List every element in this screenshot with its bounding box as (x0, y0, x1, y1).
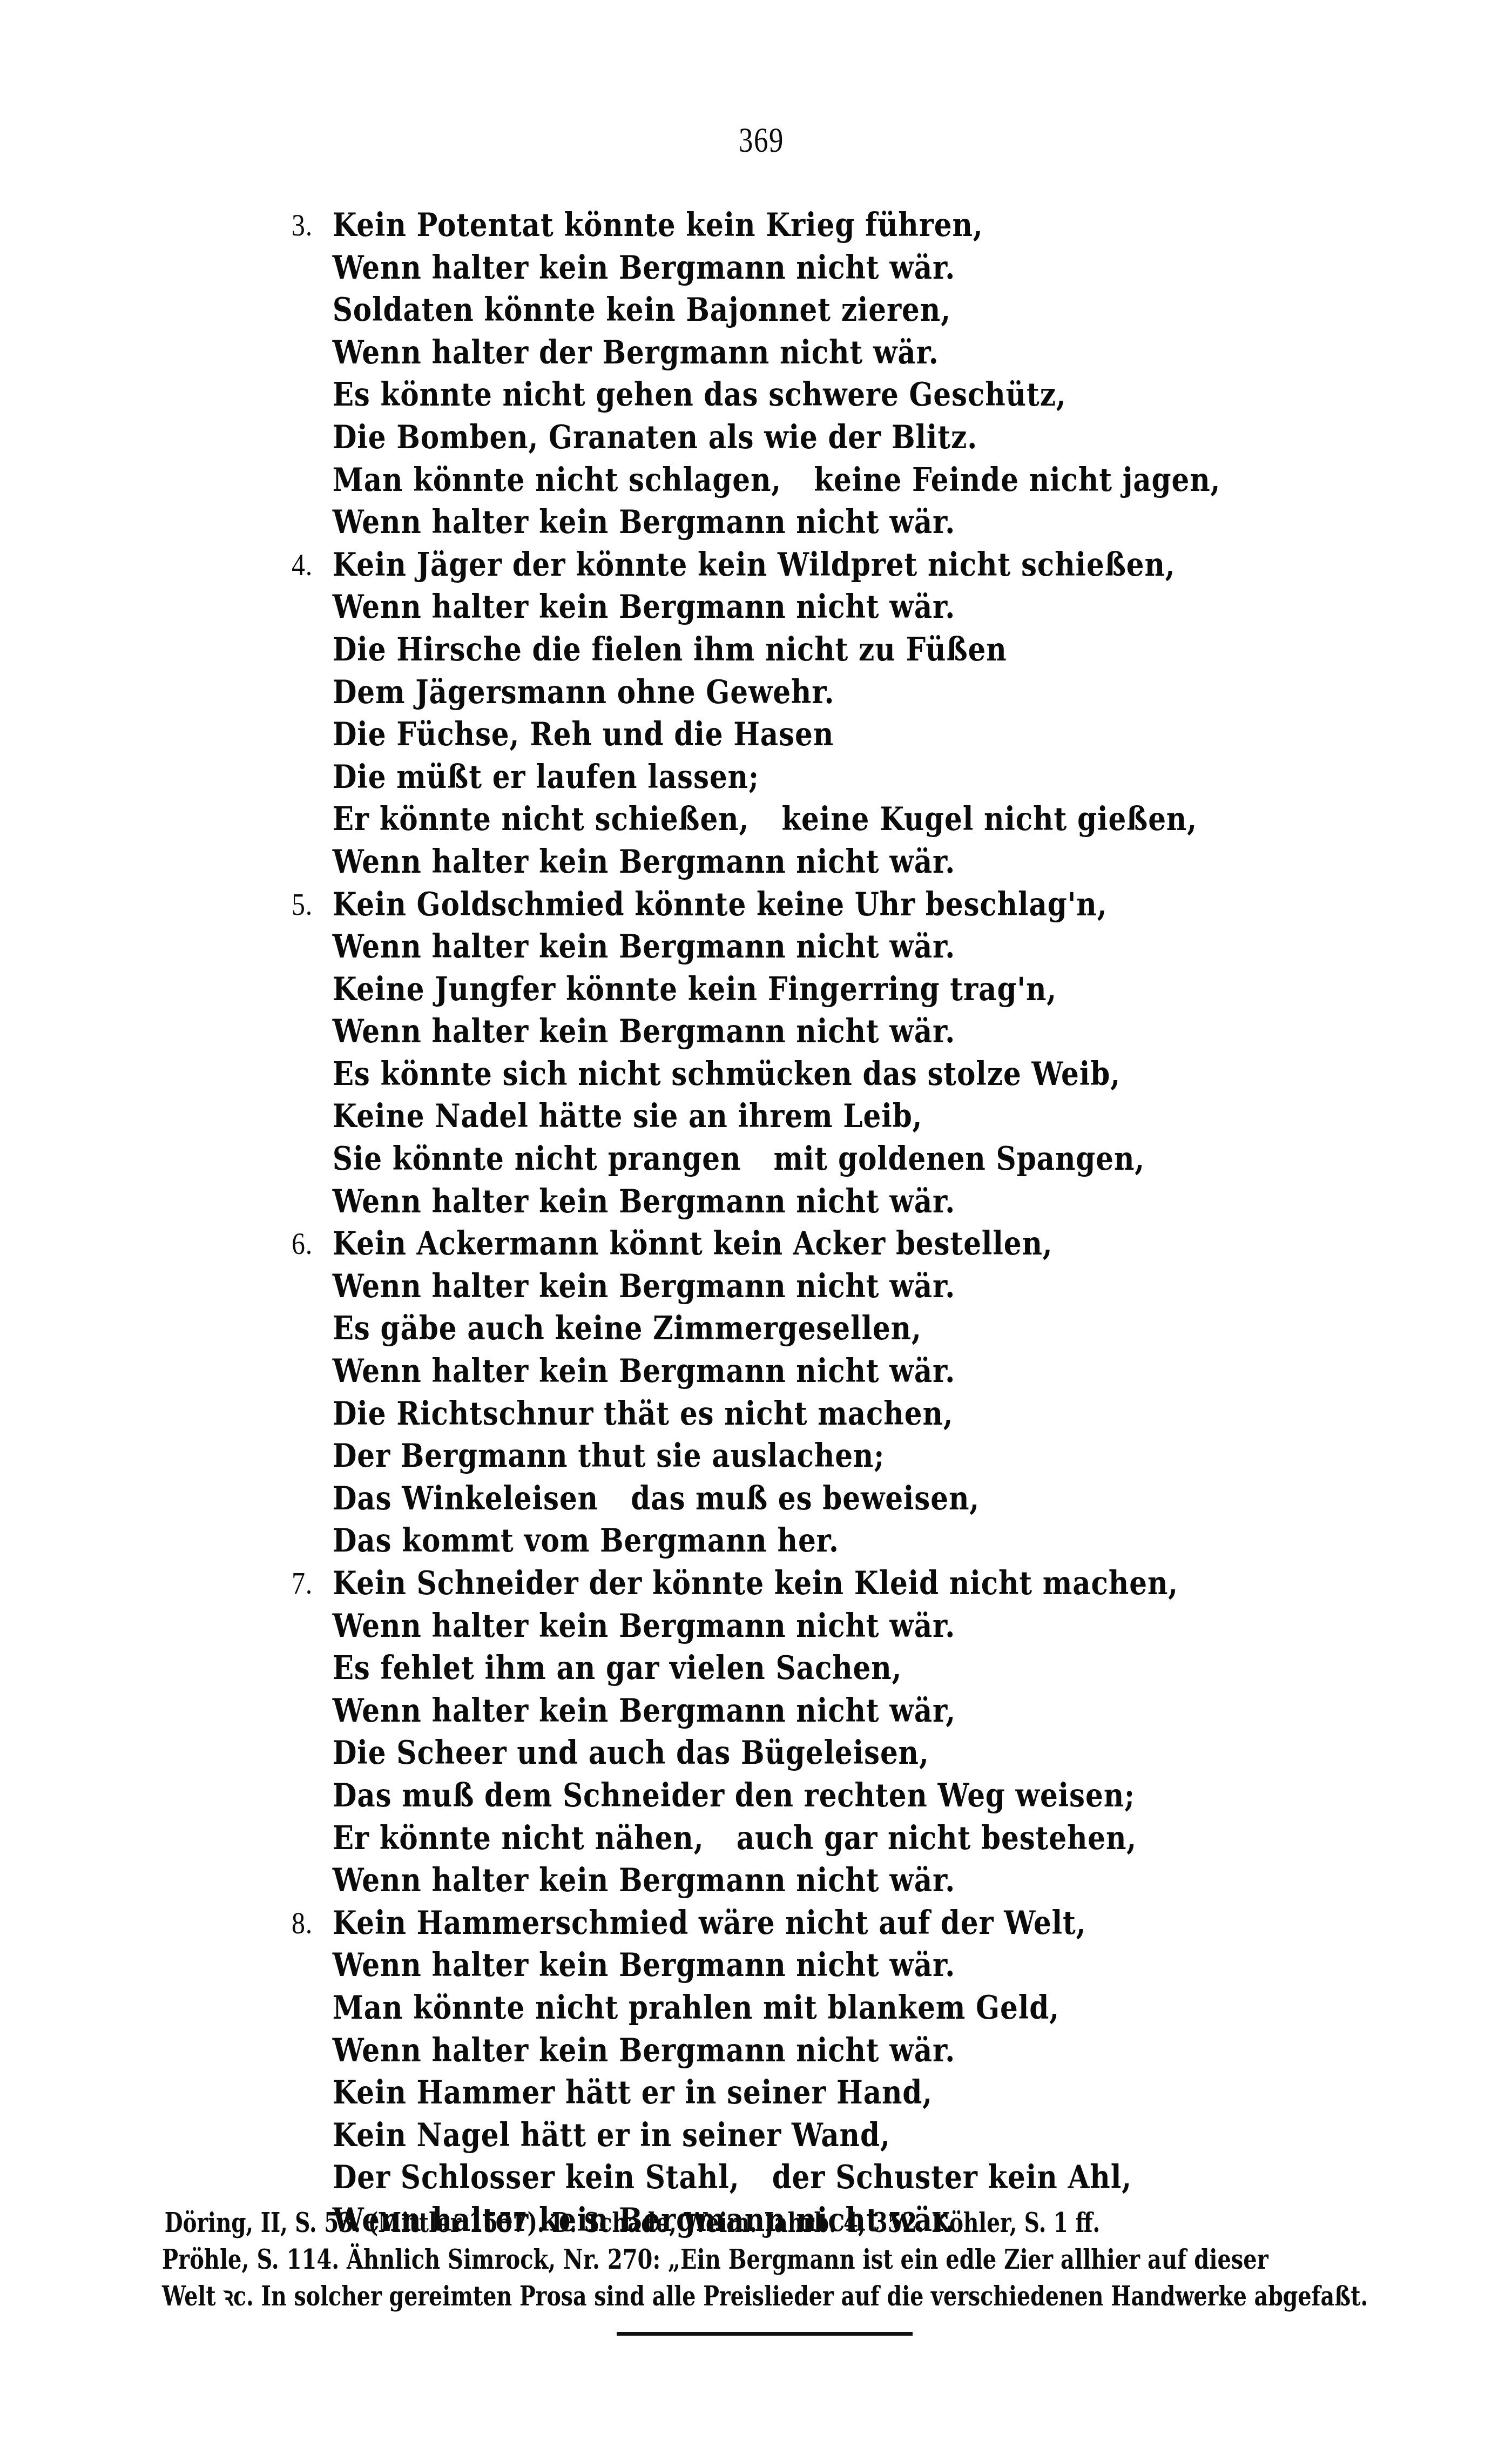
verse-text: Er könnte nicht nähen,auch gar nicht bes… (333, 1817, 1137, 1860)
verse-text: Er könnte nicht schießen,keine Kugel nic… (333, 798, 1197, 841)
verse-line: Wenn halter kein Bergmann nicht wär. (292, 247, 1220, 289)
verse-segment: Wenn halter kein Bergmann nicht wär. (333, 928, 955, 966)
verse-segment: Wenn halter kein Bergmann nicht wär. (333, 588, 955, 626)
verse-segment: Wenn halter kein Bergmann nicht wär. (333, 2032, 955, 2069)
verse-text: Keine Nadel hätte sie an ihrem Leib, (333, 1095, 923, 1138)
verse-text: Wenn halter kein Bergmann nicht wär. (333, 1350, 955, 1393)
verse-segment: Die Bomben, Granaten als wie der Blitz. (333, 419, 977, 456)
verse-segment: Der Schlosser kein Stahl, (333, 2159, 740, 2196)
verse-segment: keine Kugel nicht gießen, (781, 800, 1197, 838)
verse-text: Der Bergmann thut sie auslachen; (333, 1435, 885, 1478)
verse-line: Man könnte nicht schlagen,keine Feinde n… (292, 459, 1220, 502)
verse-line: Die Bomben, Granaten als wie der Blitz. (292, 416, 1220, 459)
verse-segment: Wenn halter kein Bergmann nicht wär. (333, 1946, 955, 1984)
verse-line: Die Richtschnur thät es nicht machen, (292, 1393, 1220, 1435)
verse-text: Wenn halter der Bergmann nicht wär. (333, 332, 939, 374)
verse-line: Die Scheer und auch das Bügeleisen, (292, 1732, 1220, 1775)
verse-line: Wenn halter der Bergmann nicht wär. (292, 332, 1220, 374)
verse-text: Es könnte sich nicht schmücken das stolz… (333, 1053, 1120, 1096)
verse-line: Er könnte nicht schießen,keine Kugel nic… (292, 798, 1220, 841)
verse-segment: mit goldenen Spangen, (774, 1140, 1145, 1178)
verse-segment: Das Winkeleisen (333, 1480, 598, 1518)
verse-line: Dem Jägersmann ohne Gewehr. (292, 671, 1220, 714)
verse-segment: Soldaten könnte kein Bajonnet zieren, (333, 291, 951, 329)
verse-segment: Wenn halter kein Bergmann nicht wär. (333, 1267, 955, 1305)
verse-line: 8.Kein Hammerschmied wäre nicht auf der … (292, 1902, 1220, 1945)
verse-text: Die müßt er laufen lassen; (333, 756, 759, 799)
verse-text: Kein Hammerschmied wäre nicht auf der We… (333, 1902, 1086, 1945)
verse-text: Die Scheer und auch das Bügeleisen, (333, 1732, 929, 1775)
verse-line: Das muß dem Schneider den rechten Weg we… (292, 1775, 1220, 1817)
verse-text: Dem Jägersmann ohne Gewehr. (333, 671, 835, 714)
verse-segment: keine Feinde nicht jagen, (814, 461, 1220, 499)
poem: 3.Kein Potentat könnte kein Krieg führen… (292, 204, 1372, 2242)
stanza-number: 8. (292, 1902, 329, 1945)
verse-line: Die müßt er laufen lassen; (292, 756, 1220, 799)
verse-text: Kein Ackermann könnt kein Acker bestelle… (333, 1223, 1053, 1265)
verse-line: 3.Kein Potentat könnte kein Krieg führen… (292, 204, 1220, 247)
verse-text: Kein Potentat könnte kein Krieg führen, (333, 204, 983, 247)
verse-text: Wenn halter kein Bergmann nicht wär. (333, 926, 955, 968)
verse-line: Der Bergmann thut sie auslachen; (292, 1435, 1220, 1478)
stanza-number: 3. (292, 204, 329, 247)
verse-segment: Wenn halter kein Bergmann nicht wär. (333, 249, 955, 287)
verse-line: 4.Kein Jäger der könnte kein Wildpret ni… (292, 544, 1220, 586)
stanza-number: 5. (292, 884, 329, 926)
verse-segment: Das muß dem Schneider den rechten Weg we… (333, 1777, 1135, 1815)
verse-segment: Er könnte nicht schießen, (333, 800, 750, 838)
verse-text: Keine Jungfer könnte kein Fingerring tra… (333, 968, 1057, 1011)
verse-line: 6.Kein Ackermann könnt kein Acker bestel… (292, 1223, 1220, 1265)
verse-line: Wenn halter kein Bergmann nicht wär. (292, 926, 1220, 968)
verse-line: Es könnte nicht gehen das schwere Geschü… (292, 374, 1220, 416)
verse-line: Wenn halter kein Bergmann nicht wär. (292, 1350, 1220, 1393)
verse-text: Wenn halter kein Bergmann nicht wär. (333, 1605, 955, 1648)
verse-text: Sie könnte nicht prangenmit goldenen Spa… (333, 1138, 1145, 1181)
verse-line: 5.Kein Goldschmied könnte keine Uhr besc… (292, 884, 1220, 926)
verse-line: Man könnte nicht prahlen mit blankem Gel… (292, 1987, 1220, 2029)
verse-segment: Sie könnte nicht prangen (333, 1140, 741, 1178)
verse-segment: Wenn halter der Bergmann nicht wär. (333, 334, 939, 372)
verse-segment: Wenn halter kein Bergmann nicht wär, (333, 1692, 956, 1730)
verse-text: Der Schlosser kein Stahl,der Schuster ke… (333, 2156, 1132, 2199)
verse-segment: Wenn halter kein Bergmann nicht wär. (333, 1013, 955, 1050)
verse-line: Keine Nadel hätte sie an ihrem Leib, (292, 1095, 1220, 1138)
verse-line: Die Füchse, Reh und die Hasen (292, 713, 1220, 756)
verse-line: Kein Nagel hätt er in seiner Wand, (292, 2114, 1220, 2157)
verse-line: Soldaten könnte kein Bajonnet zieren, (292, 289, 1220, 332)
verse-line: Wenn halter kein Bergmann nicht wär. (292, 1944, 1220, 1987)
verse-line: Es gäbe auch keine Zimmergesellen, (292, 1307, 1220, 1350)
verse-line: Wenn halter kein Bergmann nicht wär. (292, 586, 1220, 629)
verse-segment: Wenn halter kein Bergmann nicht wär. (333, 1183, 955, 1220)
verse-text: Wenn halter kein Bergmann nicht wär. (333, 1010, 955, 1053)
verse-line: Keine Jungfer könnte kein Fingerring tra… (292, 968, 1220, 1011)
verse-text: Die Hirsche die fielen ihm nicht zu Füße… (333, 629, 1007, 671)
verse-text: Wenn halter kein Bergmann nicht wär. (333, 586, 955, 629)
verse-segment: Keine Nadel hätte sie an ihrem Leib, (333, 1097, 923, 1135)
verse-line: Er könnte nicht nähen,auch gar nicht bes… (292, 1817, 1220, 1860)
verse-text: Es könnte nicht gehen das schwere Geschü… (333, 374, 1066, 416)
verse-segment: Man könnte nicht prahlen mit blankem Gel… (333, 1989, 1059, 2027)
verse-text: Kein Schneider der könnte kein Kleid nic… (333, 1562, 1178, 1605)
verse-segment: das muß es beweisen, (631, 1480, 980, 1518)
verse-segment: auch gar nicht bestehen, (737, 1819, 1137, 1857)
verse-segment: Kein Jäger der könnte kein Wildpret nich… (333, 546, 1176, 584)
verse-text: Wenn halter kein Bergmann nicht wär. (333, 1859, 955, 1902)
verse-text: Man könnte nicht prahlen mit blankem Gel… (333, 1987, 1059, 2029)
verse-line: Kein Hammer hätt er in seiner Hand, (292, 2072, 1220, 2114)
verse-line: Die Hirsche die fielen ihm nicht zu Füße… (292, 629, 1220, 671)
footnote: Döring, II, S. 53. (Mittler 1557). D. Sc… (162, 2204, 1458, 2315)
verse-segment: Wenn halter kein Bergmann nicht wär. (333, 503, 955, 541)
verse-text: Kein Nagel hätt er in seiner Wand, (333, 2114, 890, 2157)
verse-text: Kein Goldschmied könnte keine Uhr beschl… (333, 884, 1108, 926)
verse-text: Kein Jäger der könnte kein Wildpret nich… (333, 544, 1176, 586)
verse-text: Wenn halter kein Bergmann nicht wär. (333, 2029, 955, 2072)
verse-segment: Die Füchse, Reh und die Hasen (333, 716, 834, 753)
page-number: 369 (157, 120, 1366, 161)
verse-line: Wenn halter kein Bergmann nicht wär. (292, 1859, 1220, 1902)
verse-segment: Die Richtschnur thät es nicht machen, (333, 1395, 954, 1433)
verse-segment: Kein Hammer hätt er in seiner Hand, (333, 2074, 933, 2112)
verse-segment: Kein Nagel hätt er in seiner Wand, (333, 2116, 890, 2154)
stanza-number: 7. (292, 1562, 329, 1605)
verse-segment: Wenn halter kein Bergmann nicht wär. (333, 1607, 955, 1645)
verse-line: Das kommt vom Bergmann her. (292, 1520, 1220, 1562)
stanza-number: 6. (292, 1223, 329, 1265)
verse-segment: Er könnte nicht nähen, (333, 1819, 704, 1857)
verse-text: Die Richtschnur thät es nicht machen, (333, 1393, 954, 1435)
verse-text: Wenn halter kein Bergmann nicht wär. (333, 1181, 955, 1223)
verse-line: Wenn halter kein Bergmann nicht wär. (292, 841, 1220, 884)
verse-text: Man könnte nicht schlagen,keine Feinde n… (333, 459, 1221, 502)
footnote-line: Döring, II, S. 53. (Mittler 1557). D. Sc… (162, 2204, 1173, 2241)
verse-line: Wenn halter kein Bergmann nicht wär. (292, 2029, 1220, 2072)
verse-segment: Wenn halter kein Bergmann nicht wär. (333, 1352, 955, 1390)
verse-text: Wenn halter kein Bergmann nicht wär. (333, 841, 955, 884)
verse-segment: Dem Jägersmann ohne Gewehr. (333, 673, 835, 711)
verse-segment: Das kommt vom Bergmann her. (333, 1522, 839, 1560)
verse-line: 7.Kein Schneider der könnte kein Kleid n… (292, 1562, 1220, 1605)
verse-text: Die Füchse, Reh und die Hasen (333, 713, 834, 756)
verse-segment: Kein Ackermann könnt kein Acker bestelle… (333, 1225, 1053, 1263)
verse-segment: Es könnte sich nicht schmücken das stolz… (333, 1055, 1120, 1093)
verse-segment: Die Scheer und auch das Bügeleisen, (333, 1734, 929, 1772)
verse-line: Wenn halter kein Bergmann nicht wär. (292, 1181, 1220, 1223)
closing-rule-divider (617, 2332, 913, 2336)
verse-line: Es fehlet ihm an gar vielen Sachen, (292, 1647, 1220, 1690)
verse-text: Das muß dem Schneider den rechten Weg we… (333, 1775, 1135, 1817)
verse-segment: Es könnte nicht gehen das schwere Geschü… (333, 376, 1066, 414)
verse-text: Die Bomben, Granaten als wie der Blitz. (333, 416, 977, 459)
verse-line: Sie könnte nicht prangenmit goldenen Spa… (292, 1138, 1220, 1181)
verse-line: Wenn halter kein Bergmann nicht wär. (292, 1605, 1220, 1648)
verse-text: Es fehlet ihm an gar vielen Sachen, (333, 1647, 902, 1690)
verse-segment: Kein Schneider der könnte kein Kleid nic… (333, 1564, 1178, 1602)
verse-line: Es könnte sich nicht schmücken das stolz… (292, 1053, 1220, 1096)
verse-line: Wenn halter kein Bergmann nicht wär. (292, 1010, 1220, 1053)
verse-segment: Die müßt er laufen lassen; (333, 758, 759, 796)
verse-segment: Der Bergmann thut sie auslachen; (333, 1437, 885, 1475)
verse-text: Wenn halter kein Bergmann nicht wär. (333, 501, 955, 544)
verse-segment: Die Hirsche die fielen ihm nicht zu Füße… (333, 631, 1007, 669)
verse-text: Soldaten könnte kein Bajonnet zieren, (333, 289, 951, 332)
verse-text: Das kommt vom Bergmann her. (333, 1520, 839, 1562)
verse-text: Wenn halter kein Bergmann nicht wär. (333, 247, 955, 289)
verse-line: Der Schlosser kein Stahl,der Schuster ke… (292, 2156, 1220, 2199)
verse-segment: Kein Potentat könnte kein Krieg führen, (333, 206, 983, 244)
verse-line: Wenn halter kein Bergmann nicht wär. (292, 501, 1220, 544)
verse-segment: Keine Jungfer könnte kein Fingerring tra… (333, 970, 1057, 1008)
footnote-line: Pröhle, S. 114. Ähnlich Simrock, Nr. 270… (162, 2241, 1199, 2278)
stanza-number: 4. (292, 544, 329, 586)
verse-text: Wenn halter kein Bergmann nicht wär, (333, 1690, 956, 1732)
verse-segment: Man könnte nicht schlagen, (333, 461, 781, 499)
verse-segment: Kein Goldschmied könnte keine Uhr beschl… (333, 886, 1108, 923)
footnote-line: Welt ꝛc. In solcher gereimten Prosa sind… (162, 2278, 1186, 2315)
verse-segment: Es fehlet ihm an gar vielen Sachen, (333, 1649, 902, 1687)
verse-text: Es gäbe auch keine Zimmergesellen, (333, 1307, 922, 1350)
verse-segment: der Schuster kein Ahl, (772, 2159, 1132, 2196)
verse-segment: Wenn halter kein Bergmann nicht wär. (333, 843, 955, 881)
verse-line: Wenn halter kein Bergmann nicht wär. (292, 1265, 1220, 1308)
verse-line: Wenn halter kein Bergmann nicht wär, (292, 1690, 1220, 1732)
verse-segment: Kein Hammerschmied wäre nicht auf der We… (333, 1904, 1086, 1942)
verse-segment: Wenn halter kein Bergmann nicht wär. (333, 1862, 955, 1899)
verse-text: Wenn halter kein Bergmann nicht wär. (333, 1265, 955, 1308)
verse-text: Wenn halter kein Bergmann nicht wär. (333, 1944, 955, 1987)
verse-line: Das Winkeleisendas muß es beweisen, (292, 1478, 1220, 1520)
verse-text: Das Winkeleisendas muß es beweisen, (333, 1478, 980, 1520)
verse-text: Kein Hammer hätt er in seiner Hand, (333, 2072, 933, 2114)
verse-segment: Es gäbe auch keine Zimmergesellen, (333, 1310, 922, 1347)
